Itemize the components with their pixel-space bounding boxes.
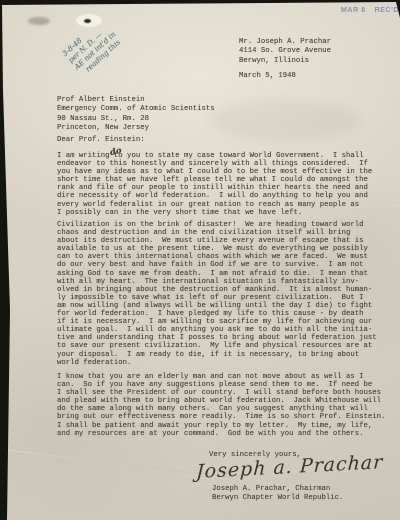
paper-crease — [0, 447, 229, 477]
body-paragraph-1: I am writing to you to state my case tow… — [57, 152, 372, 217]
body-paragraph-3: I know that you are an elderly man and c… — [57, 373, 385, 438]
scanned-letter: MAR 8 REC'D 3-8-48 per N. D. — AE not in… — [0, 0, 400, 520]
stamp-received: REC'D — [375, 7, 400, 14]
ink-bleed-through — [210, 100, 360, 140]
salutation: Dear Prof. Einstein: — [57, 136, 145, 144]
body-paragraph-2: Civilization is on the brink of disaster… — [57, 221, 377, 367]
ink-speck — [84, 19, 91, 23]
ink-smudge — [28, 17, 50, 25]
sender-address: Mr. Joseph A. Prachar 4114 So. Grove Ave… — [239, 38, 331, 66]
signature-typed-block: Joseph A. Prachar, Chairman Berwyn Chapt… — [212, 485, 343, 503]
stamp-date: MAR 8 — [341, 7, 366, 14]
recipient-address: Prof Albert Einstein Emergency Comm. of … — [57, 96, 215, 133]
handwritten-note: 3-8-48 per N. D. — AE not int'd in readi… — [60, 0, 148, 78]
letter-date: March 5, 1948 — [239, 72, 296, 80]
received-date-stamp: MAR 8 REC'D — [341, 7, 399, 14]
letter-paper: MAR 8 REC'D 3-8-48 per N. D. — AE not in… — [0, 0, 400, 520]
